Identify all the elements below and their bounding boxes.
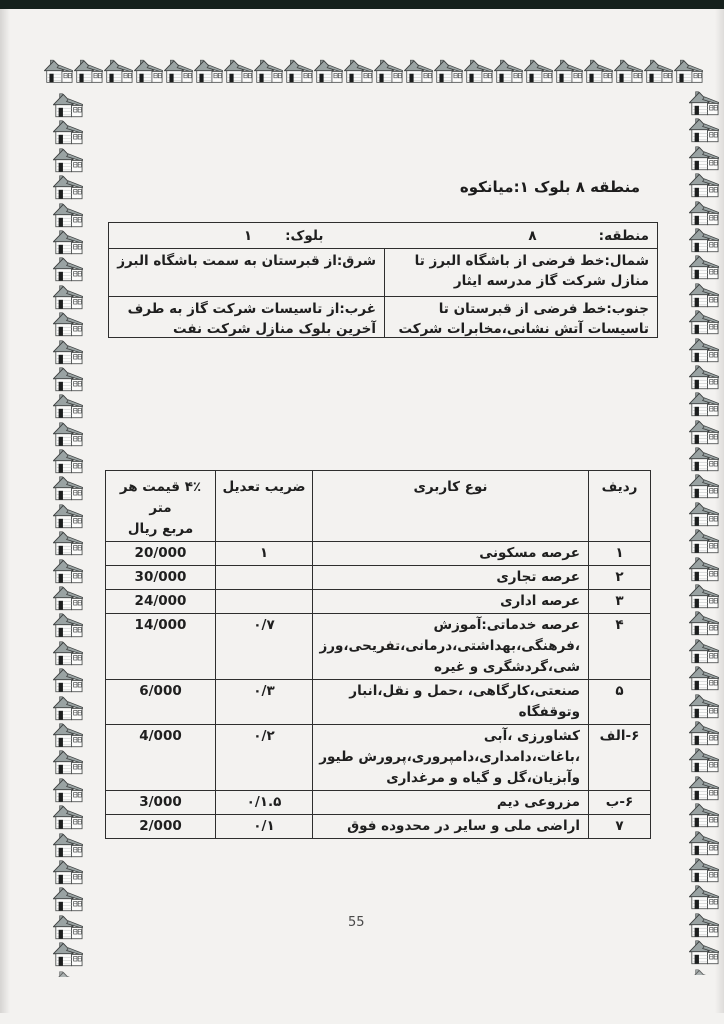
house-icon: [53, 256, 83, 282]
table-row: ۳عرصه اداری24/000: [106, 590, 651, 614]
house-icon: [53, 530, 83, 556]
table-row: ۱عرصه مسکونی۱20/000: [106, 542, 651, 566]
house-icon: [554, 58, 583, 84]
house-border-top: [44, 58, 703, 85]
house-icon: [689, 528, 719, 554]
house-icon: [689, 939, 719, 965]
usage-cell: عرصه مسکونی: [313, 542, 589, 566]
house-icon: [689, 501, 719, 527]
house-icon: [194, 58, 223, 84]
price-cell: 30/000: [106, 566, 216, 590]
house-border-right: [689, 90, 719, 975]
usage-cell: صنعتی،کارگاهی، ،حمل و نقل،انبار وتوقفگاه: [313, 680, 589, 725]
block-value: ۱: [244, 226, 252, 246]
coefficient-cell: [216, 566, 313, 590]
house-icon: [53, 667, 83, 693]
house-icon: [614, 58, 643, 84]
price-cell: 20/000: [106, 542, 216, 566]
house-icon: [224, 58, 253, 84]
south-boundary: جنوب:خط فرضی از قبرستان تا تاسیسات آتش ن…: [384, 297, 657, 337]
house-icon: [584, 58, 613, 84]
house-icon: [53, 339, 83, 365]
header-usage: نوع کاربری: [313, 471, 589, 542]
house-icon: [644, 58, 673, 84]
house-icon: [464, 58, 493, 84]
coefficient-cell: ۱: [216, 542, 313, 566]
row-number-cell: ۳: [589, 590, 651, 614]
house-icon: [689, 693, 719, 719]
house-icon: [53, 640, 83, 666]
house-icon: [434, 58, 463, 84]
house-icon: [689, 337, 719, 363]
house-icon: [524, 58, 553, 84]
house-icon: [53, 777, 83, 803]
east-boundary: شرق:از قبرستان به سمت باشگاه البرز: [109, 249, 384, 296]
house-icon: [53, 229, 83, 255]
house-icon: [254, 58, 283, 84]
house-icon: [74, 58, 103, 84]
house-icon: [674, 58, 703, 84]
house-icon: [689, 968, 719, 975]
house-icon: [689, 583, 719, 609]
house-icon: [53, 92, 83, 118]
house-icon: [53, 284, 83, 310]
price-cell: 6/000: [106, 680, 216, 725]
table-row: ۵صنعتی،کارگاهی، ،حمل و نقل،انبار وتوقفگا…: [106, 680, 651, 725]
region-block-row: منطقه: ۸ بلوک: ۱: [109, 223, 657, 249]
house-icon: [53, 695, 83, 721]
usage-cell: کشاورزی ،آبی ،باغات،دامداری،دامپروری،پرو…: [313, 725, 589, 791]
house-icon: [53, 311, 83, 337]
house-icon: [53, 503, 83, 529]
region-label: منطقه:: [599, 226, 649, 246]
row-number-cell: ۴: [589, 614, 651, 680]
north-east-row: شمال:خط فرضی از باشگاه البرز تا منازل شر…: [109, 249, 657, 296]
table-row: ۲عرصه تجاری30/000: [106, 566, 651, 590]
house-icon: [689, 830, 719, 856]
house-icon: [53, 722, 83, 748]
house-icon: [689, 254, 719, 280]
house-icon: [53, 119, 83, 145]
house-icon: [284, 58, 313, 84]
block-label: بلوک:: [285, 226, 323, 246]
house-icon: [689, 200, 719, 226]
house-icon: [53, 585, 83, 611]
price-cell: 4/000: [106, 725, 216, 791]
table-row: ۶-الفکشاورزی ،آبی ،باغات،دامداری،دامپرور…: [106, 725, 651, 791]
price-cell: 24/000: [106, 590, 216, 614]
house-partial-icon: [689, 968, 719, 975]
row-number-cell: ۵: [589, 680, 651, 725]
table-row: ۶-بمزروعی دیم۰/۱.۵3/000: [106, 791, 651, 815]
house-icon: [689, 775, 719, 801]
house-icon: [689, 747, 719, 773]
house-icon: [53, 859, 83, 885]
house-icon: [689, 446, 719, 472]
row-number-cell: ۱: [589, 542, 651, 566]
price-table: ردیف نوع کاربری ضریب تعدیل ۴٪ قیمت هر مت…: [105, 470, 651, 839]
scan-edge-top: [0, 0, 724, 9]
north-boundary: شمال:خط فرضی از باشگاه البرز تا منازل شر…: [384, 249, 657, 296]
coefficient-cell: ۰/۲: [216, 725, 313, 791]
price-cell: 3/000: [106, 791, 216, 815]
house-icon: [689, 720, 719, 746]
house-icon: [134, 58, 163, 84]
house-icon: [404, 58, 433, 84]
house-icon: [53, 970, 83, 977]
house-icon: [344, 58, 373, 84]
house-icon: [314, 58, 343, 84]
price-cell: 14/000: [106, 614, 216, 680]
page-title: منطقه ۸ بلوک ۱:میانکوه: [460, 178, 640, 196]
price-table-body: ۱عرصه مسکونی۱20/000۲عرصه تجاری30/000۳عرص…: [106, 542, 651, 839]
price-cell: 2/000: [106, 815, 216, 839]
region-value: ۸: [528, 226, 536, 246]
house-icon: [689, 309, 719, 335]
house-border-left: [53, 92, 83, 977]
coefficient-cell: [216, 590, 313, 614]
house-icon: [53, 804, 83, 830]
usage-cell: مزروعی دیم: [313, 791, 589, 815]
row-number-cell: ۲: [589, 566, 651, 590]
coefficient-cell: ۰/۳: [216, 680, 313, 725]
house-icon: [689, 282, 719, 308]
house-icon: [164, 58, 193, 84]
west-boundary: غرب:از تاسیسات شرکت گاز به طرف آخرین بلو…: [109, 297, 384, 337]
house-icon: [53, 448, 83, 474]
house-icon: [689, 364, 719, 390]
house-icon: [689, 665, 719, 691]
house-icon: [689, 884, 719, 910]
house-icon: [689, 802, 719, 828]
house-icon: [44, 58, 73, 84]
header-price-line2: مربع ریال: [110, 519, 211, 540]
house-icon: [689, 610, 719, 636]
row-number-cell: ۷: [589, 815, 651, 839]
house-icon: [104, 58, 133, 84]
house-icon: [53, 147, 83, 173]
house-icon: [494, 58, 523, 84]
house-icon: [53, 475, 83, 501]
header-coefficient: ضریب تعدیل: [216, 471, 313, 542]
house-icon: [689, 227, 719, 253]
table-row: ۴عرصه خدماتی:آموزش ،فرهنگی،بهداشتی،درمان…: [106, 614, 651, 680]
boundaries-table: منطقه: ۸ بلوک: ۱ شمال:خط فرضی از باشگاه …: [108, 222, 658, 338]
house-partial-icon: [53, 970, 83, 977]
house-icon: [53, 558, 83, 584]
table-header-row: ردیف نوع کاربری ضریب تعدیل ۴٪ قیمت هر مت…: [106, 471, 651, 542]
house-icon: [689, 117, 719, 143]
header-price: ۴٪ قیمت هر متر مربع ریال: [106, 471, 216, 542]
house-icon: [689, 912, 719, 938]
scanned-page: منطقه ۸ بلوک ۱:میانکوه منطقه: ۸ بلوک: ۱ …: [0, 0, 724, 1024]
house-icon: [53, 749, 83, 775]
usage-cell: عرصه تجاری: [313, 566, 589, 590]
house-icon: [689, 857, 719, 883]
house-icon: [53, 202, 83, 228]
row-number-cell: ۶-ب: [589, 791, 651, 815]
coefficient-cell: ۰/۱.۵: [216, 791, 313, 815]
header-price-line1: ۴٪ قیمت هر متر: [110, 477, 211, 519]
row-number-cell: ۶-الف: [589, 725, 651, 791]
house-icon: [53, 174, 83, 200]
table-row: ۷اراضی ملی و سایر در محدوده فوق۰/۱2/000: [106, 815, 651, 839]
usage-cell: عرصه خدماتی:آموزش ،فرهنگی،بهداشتی،درمانی…: [313, 614, 589, 680]
house-icon: [689, 391, 719, 417]
coefficient-cell: ۰/۷: [216, 614, 313, 680]
house-icon: [689, 90, 719, 116]
house-icon: [53, 393, 83, 419]
house-icon: [689, 172, 719, 198]
house-icon: [53, 832, 83, 858]
scan-edge-left: [0, 9, 10, 1013]
house-icon: [689, 556, 719, 582]
usage-cell: عرصه اداری: [313, 590, 589, 614]
house-icon: [689, 638, 719, 664]
header-row-number: ردیف: [589, 471, 651, 542]
house-icon: [689, 145, 719, 171]
house-icon: [689, 419, 719, 445]
house-icon: [53, 421, 83, 447]
usage-cell: اراضی ملی و سایر در محدوده فوق: [313, 815, 589, 839]
house-icon: [374, 58, 403, 84]
south-west-row: جنوب:خط فرضی از قبرستان تا تاسیسات آتش ن…: [109, 296, 657, 337]
coefficient-cell: ۰/۱: [216, 815, 313, 839]
house-icon: [53, 612, 83, 638]
page-number: 55: [348, 915, 365, 930]
house-icon: [53, 366, 83, 392]
house-icon: [53, 886, 83, 912]
house-icon: [53, 914, 83, 940]
house-icon: [53, 941, 83, 967]
house-icon: [689, 473, 719, 499]
